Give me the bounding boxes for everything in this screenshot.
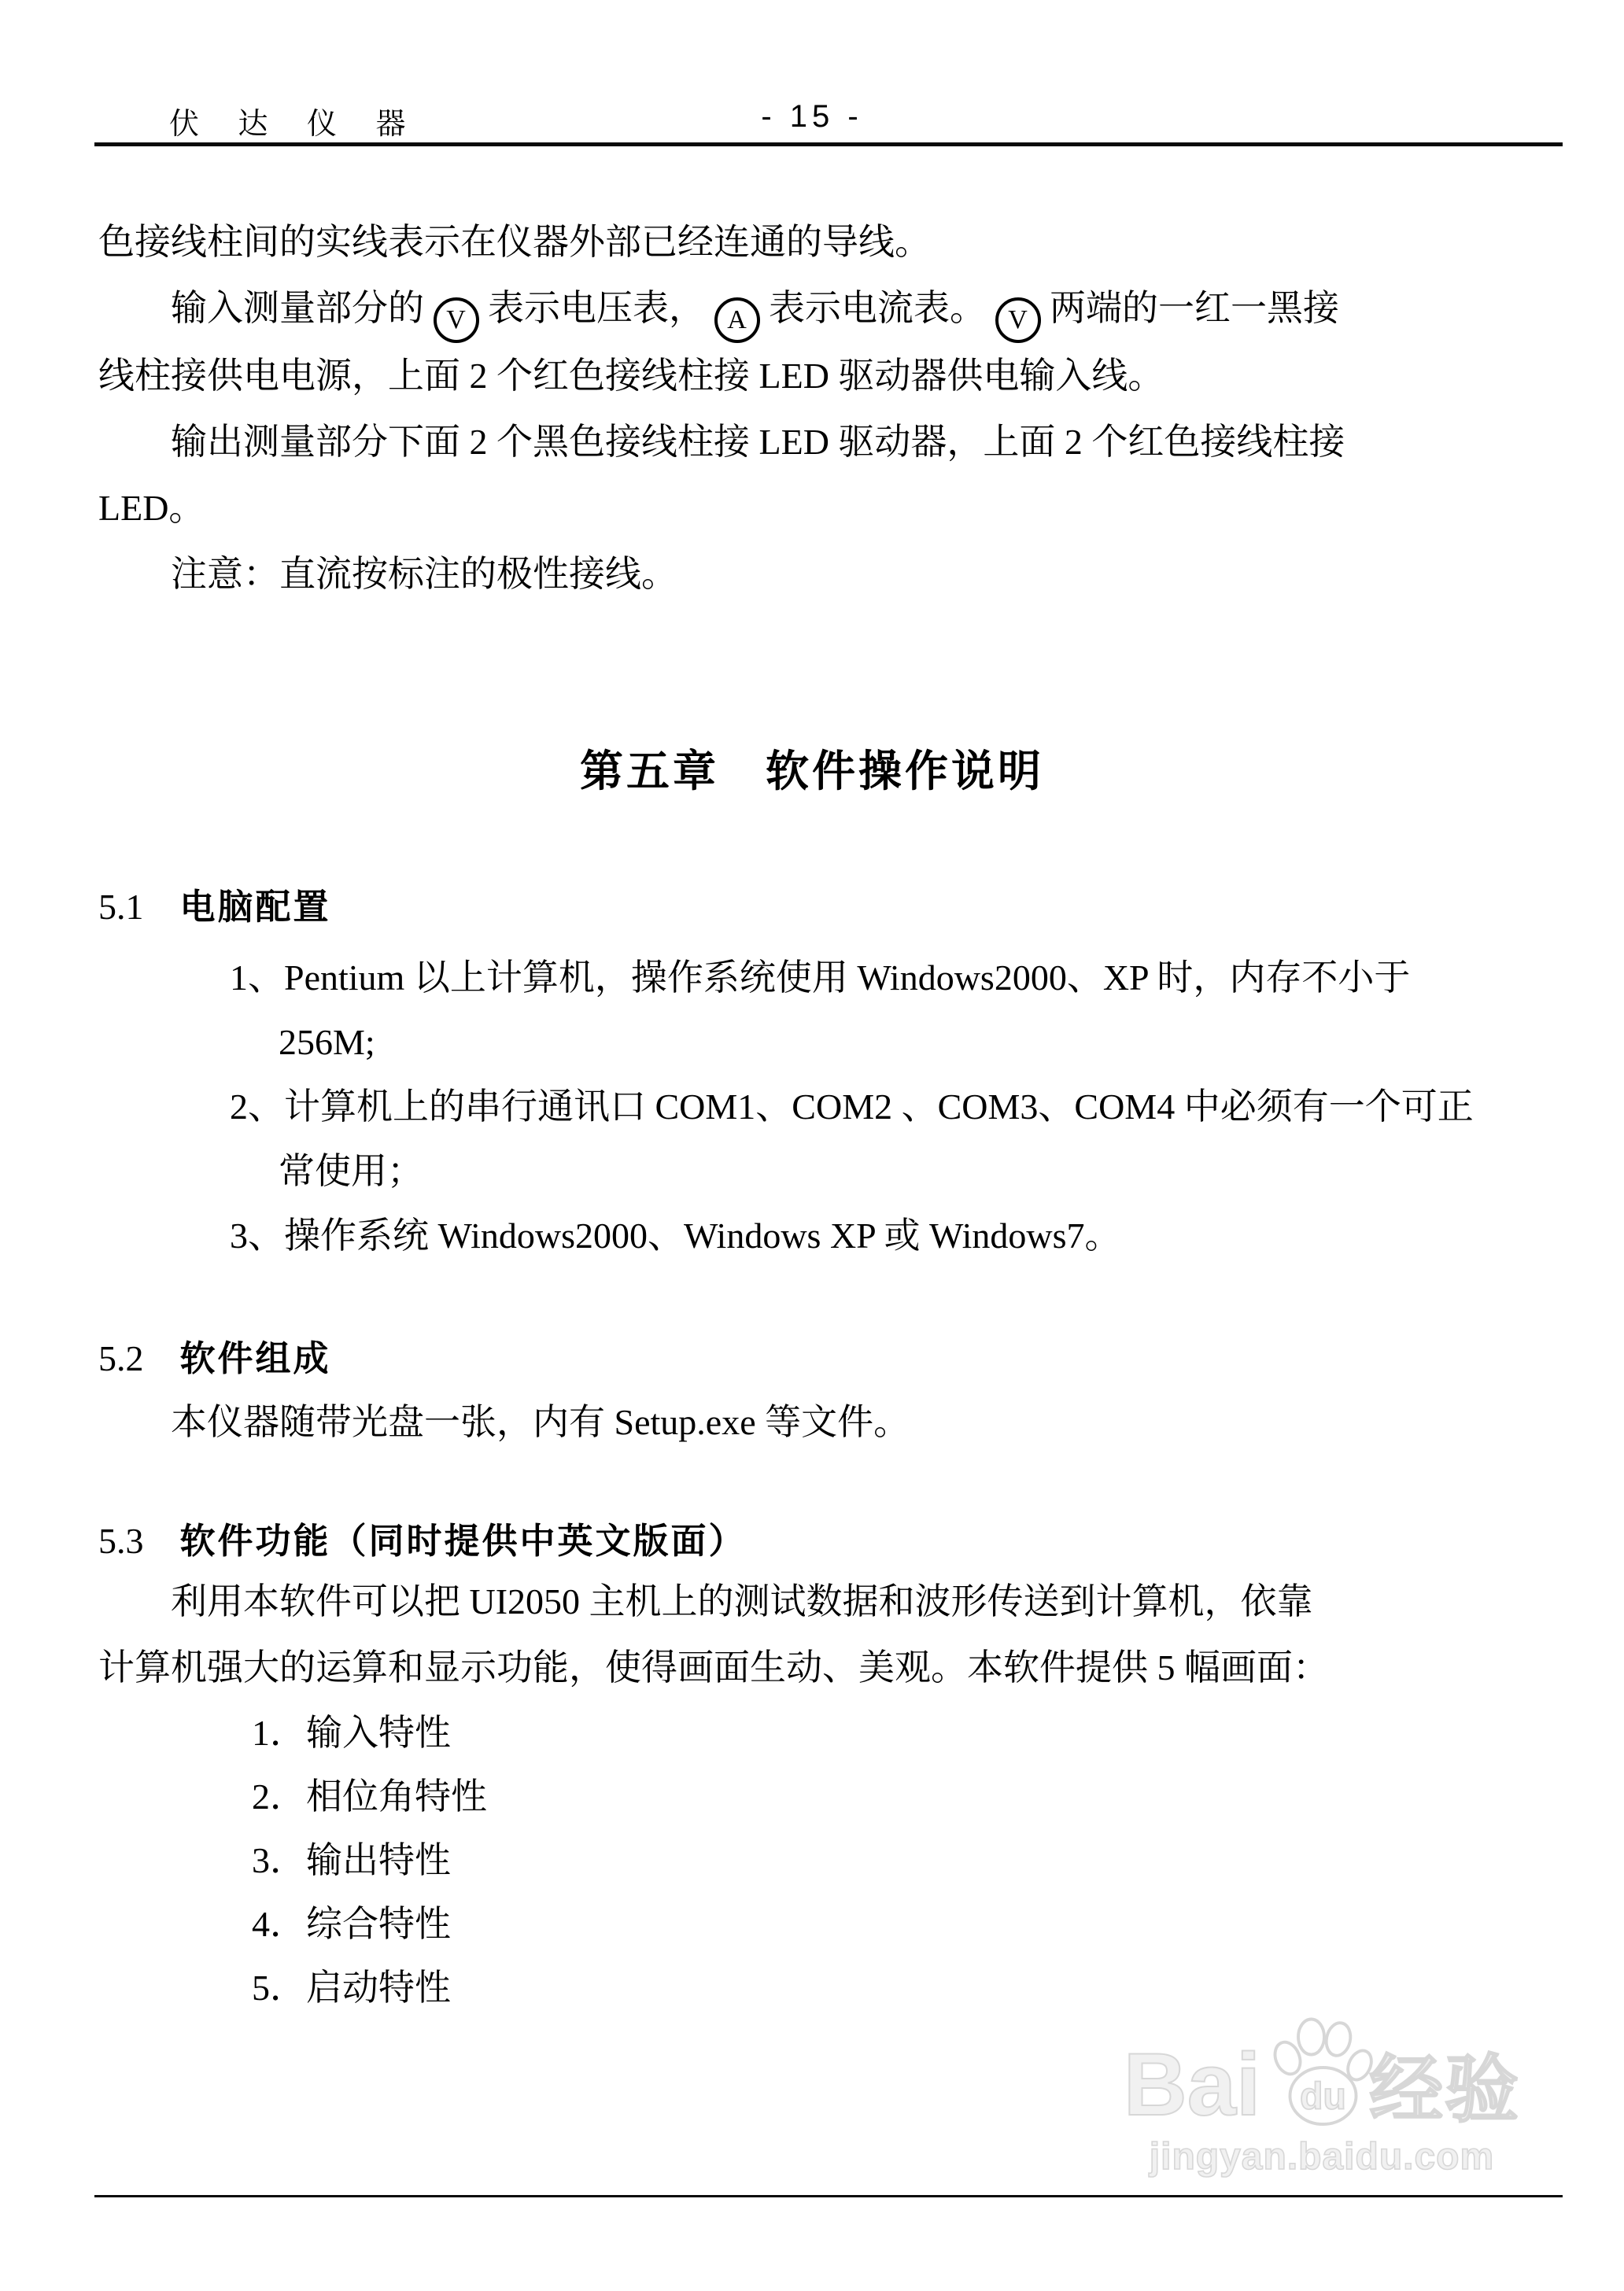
footer-rule: [94, 2195, 1563, 2197]
chapter-title: 第五章 软件操作说明: [0, 736, 1624, 799]
section-title: 软件组成: [180, 1338, 331, 1378]
section-number: 5.2: [98, 1338, 144, 1378]
section-number: 5.1: [98, 887, 144, 927]
header-rule: [94, 142, 1563, 146]
section-body-line: 利用本软件可以把 UI2050 主机上的测试数据和波形传送到计算机，依靠: [98, 1569, 1536, 1635]
baidu-logo-text-jingyan: 经验: [1369, 2051, 1520, 2129]
baidu-logo: Bai du 经验: [1117, 2011, 1526, 2129]
page-number: - 15 -: [0, 99, 1624, 135]
baidu-watermark: Bai du 经验 jingyan.baidu.com: [1117, 2011, 1526, 2178]
intro-line-1: 色接线柱间的实线表示在仪器外部已经连通的导线。: [98, 209, 1536, 275]
section-title: 电脑配置: [180, 887, 331, 927]
section-5-2-heading: 5.2软件组成: [98, 1330, 331, 1381]
feature-item: 4．综合特性: [252, 1892, 487, 1956]
watermark-domain: jingyan.baidu.com: [1117, 2135, 1526, 2178]
intro-line-2-text: 输入测量部分的: [171, 288, 434, 328]
list-item-line: 256M;: [230, 1010, 1545, 1075]
circled-ammeter-icon: A: [714, 297, 760, 343]
feature-item: 2．相位角特性: [252, 1765, 487, 1828]
section-body-line: 本仪器随带光盘一张，内有 Setup.exe 等文件。: [171, 1389, 1536, 1455]
intro-line-4: 输出测量部分下面 2 个黑色接线柱接 LED 驱动器，上面 2 个红色接线柱接: [98, 409, 1536, 475]
intro-line-2-text: 表示电压表，: [479, 288, 714, 328]
list-item-line: 常使用；: [230, 1139, 1545, 1204]
feature-item: 5．启动特性: [252, 1956, 487, 2020]
section-title: 软件功能（同时提供中英文版面）: [180, 1521, 747, 1561]
manual-page: 伏 达 仪 器 - 15 - 色接线柱间的实线表示在仪器外部已经连通的导线。 输…: [0, 0, 1624, 2291]
list-item-line: 2、计算机上的串行通讯口 COM1、COM2 、COM3、COM4 中必须有一个…: [230, 1075, 1545, 1139]
section-5-3-heading: 5.3软件功能（同时提供中英文版面）: [98, 1512, 747, 1563]
feature-list: 1．输入特性 2．相位角特性 3．输出特性 4．综合特性 5．启动特性: [252, 1701, 487, 2020]
intro-line-5: LED。: [98, 475, 1536, 541]
circled-voltmeter-icon: V: [434, 297, 479, 343]
list-item-line: 1、Pentium 以上计算机，操作系统使用 Windows2000、XP 时，…: [230, 946, 1545, 1010]
section-5-1-list: 1、Pentium 以上计算机，操作系统使用 Windows2000、XP 时，…: [230, 946, 1545, 1268]
section-5-1-heading: 5.1电脑配置: [98, 878, 331, 929]
paw-icon: du: [1256, 2011, 1374, 2129]
list-item-line: 3、操作系统 Windows2000、Windows XP 或 Windows7…: [230, 1204, 1545, 1268]
feature-item: 1．输入特性: [252, 1701, 487, 1765]
feature-item: 3．输出特性: [252, 1828, 487, 1892]
intro-line-3: 线柱接供电电源，上面 2 个红色接线柱接 LED 驱动器供电输入线。: [98, 343, 1536, 409]
circled-voltmeter-icon: V: [995, 297, 1041, 343]
section-number: 5.3: [98, 1521, 144, 1561]
section-5-3-body: 利用本软件可以把 UI2050 主机上的测试数据和波形传送到计算机，依靠 计算机…: [98, 1569, 1536, 1701]
section-body-line: 计算机强大的运算和显示功能，使得画面生动、美观。本软件提供 5 幅画面：: [98, 1635, 1536, 1701]
intro-line-6: 注意：直流按标注的极性接线。: [98, 541, 1536, 607]
section-5-2-body: 本仪器随带光盘一张，内有 Setup.exe 等文件。: [171, 1389, 1536, 1455]
intro-line-2-text: 两端的一红一黑接: [1041, 288, 1340, 328]
intro-line-2: 输入测量部分的 V 表示电压表， A 表示电流表。 V 两端的一红一黑接: [98, 275, 1536, 343]
intro-line-2-text: 表示电流表。: [760, 288, 995, 328]
intro-paragraphs: 色接线柱间的实线表示在仪器外部已经连通的导线。 输入测量部分的 V 表示电压表，…: [98, 209, 1536, 607]
baidu-logo-text-bai: Bai: [1124, 2041, 1260, 2129]
baidu-logo-text-du: du: [1300, 2076, 1346, 2118]
